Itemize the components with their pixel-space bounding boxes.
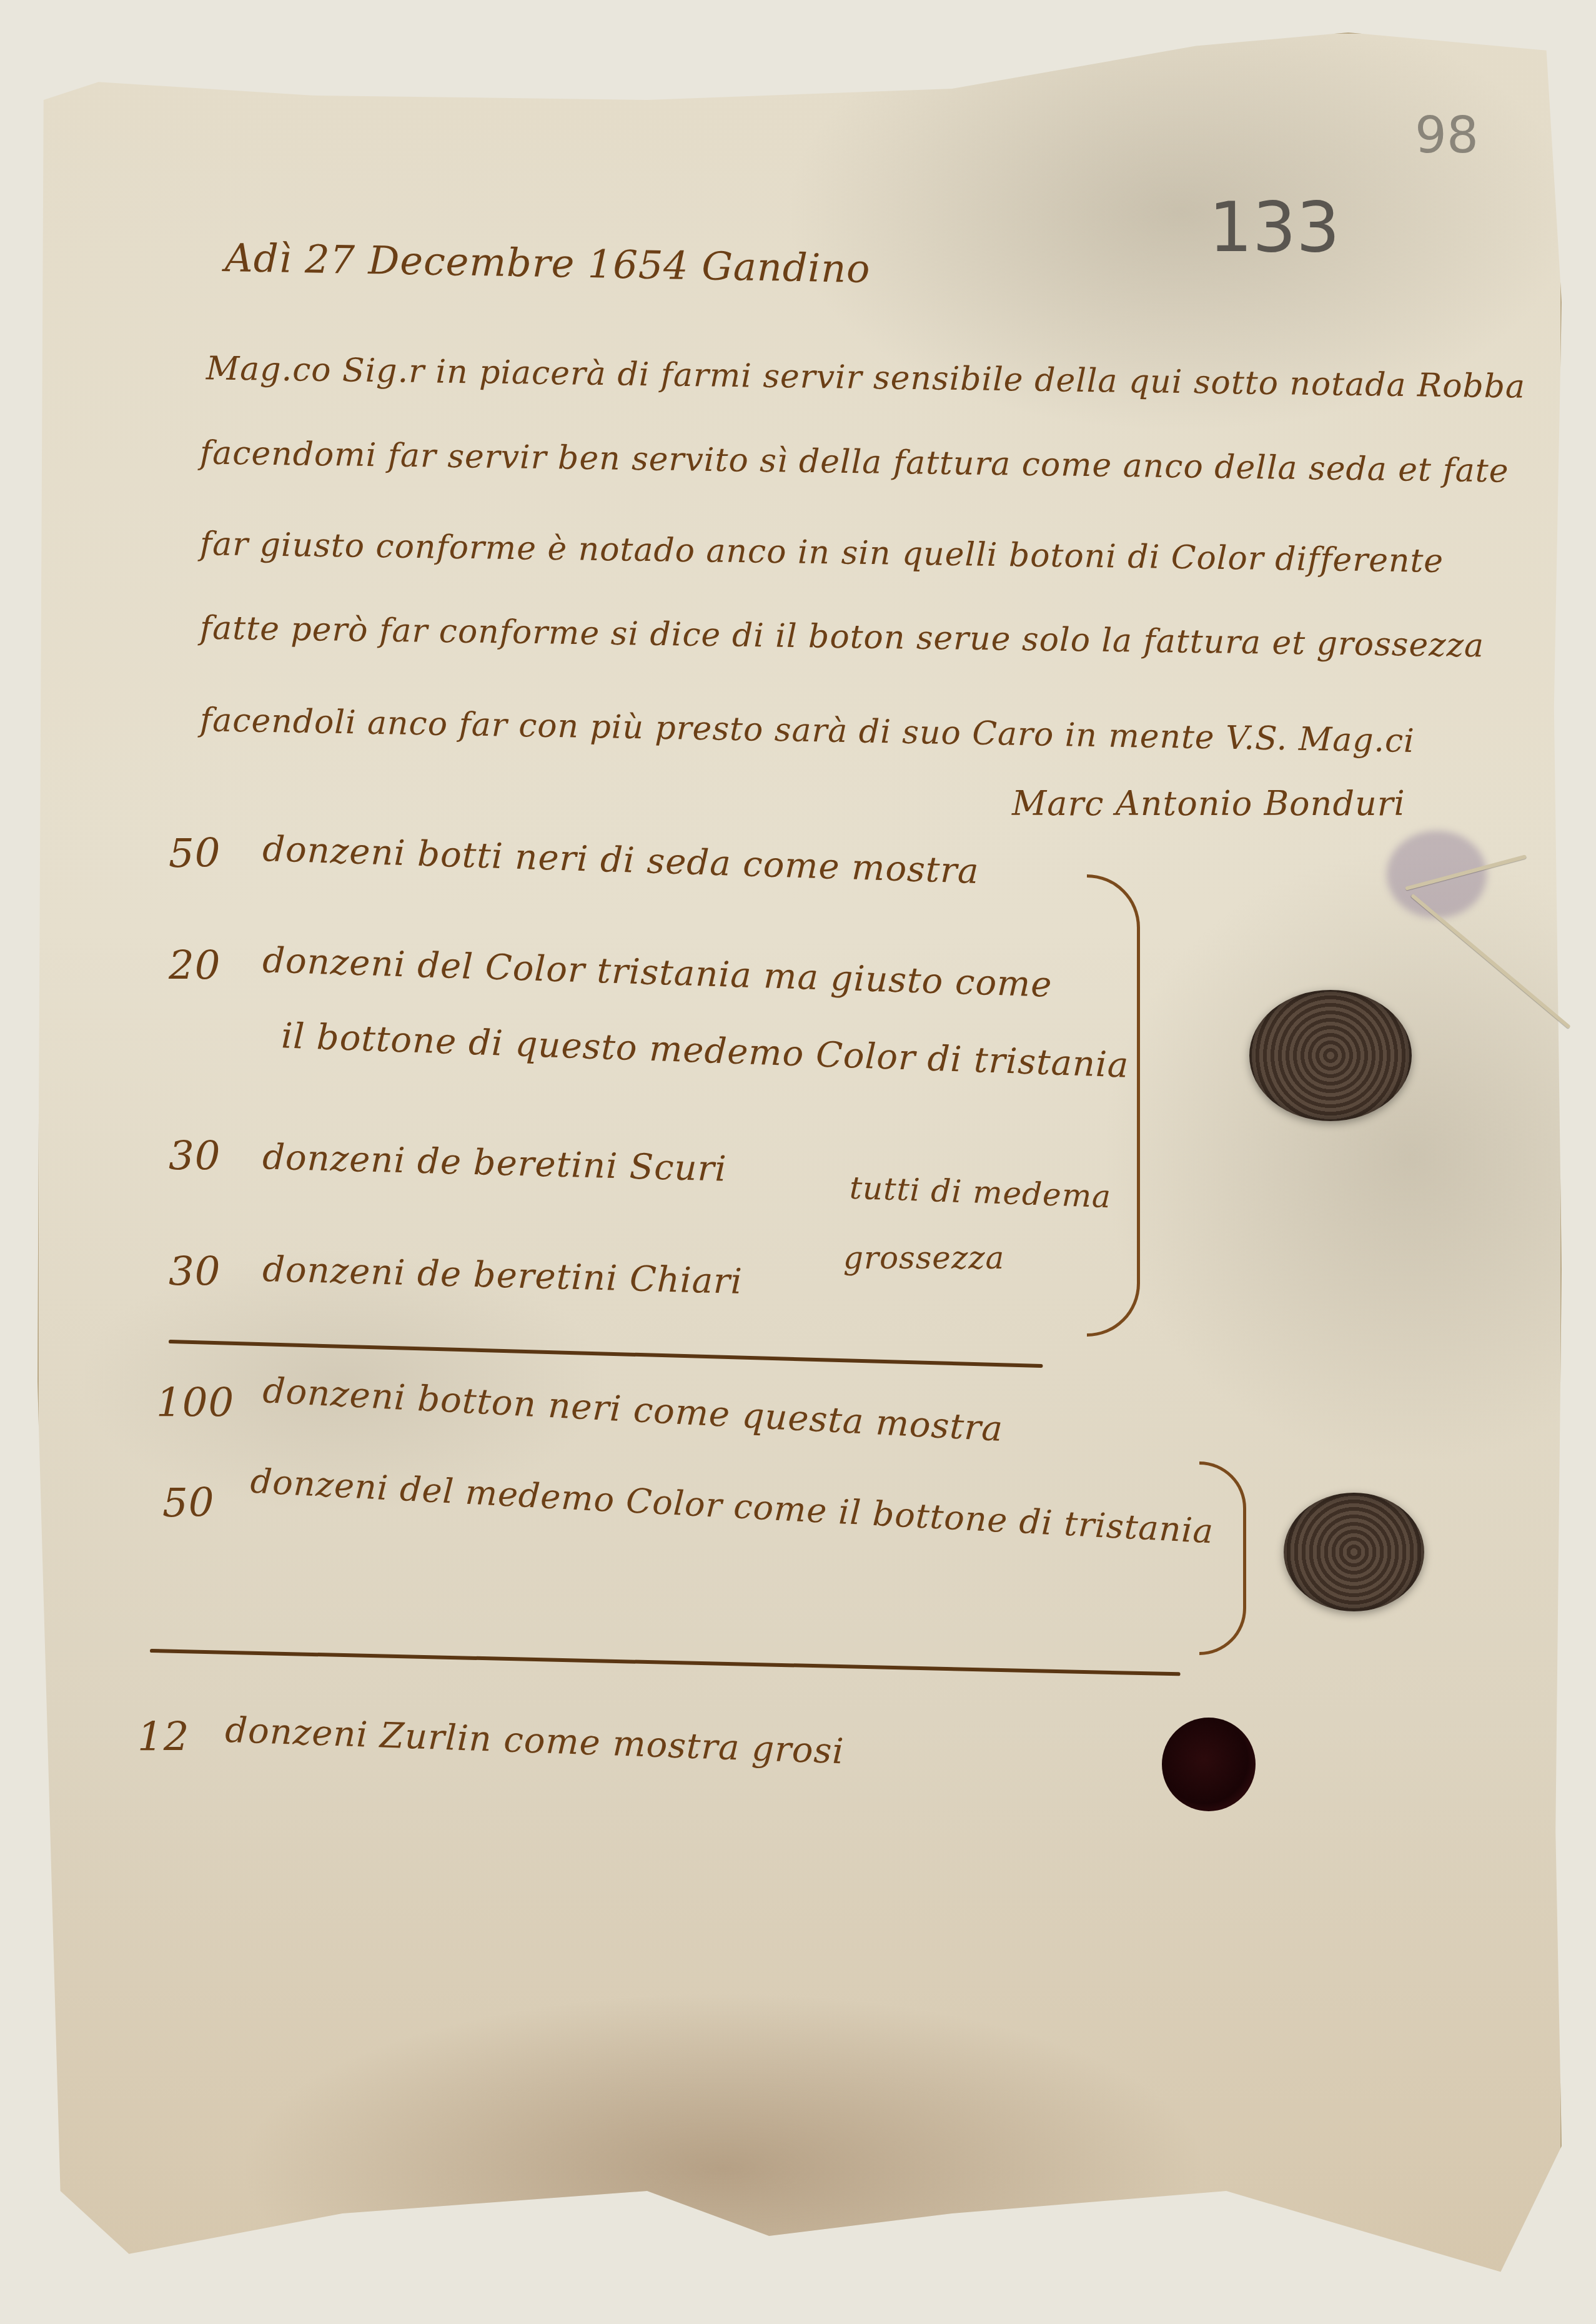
fabric-button-sample-2 [1284,1493,1424,1611]
order-qty: 12 [137,1714,189,1761]
bracket-lower [1199,1461,1246,1655]
order-qty: 30 [169,1134,221,1180]
fabric-button-sample-1 [1249,990,1412,1121]
old-folio-number: 98 [1415,106,1479,164]
signature: Marc Antonio Bonduri [1012,784,1405,823]
order-qty: 100 [156,1380,234,1427]
ink-stain [1387,831,1487,918]
folio-number: 133 [1209,187,1340,267]
order-qty: 50 [162,1480,214,1526]
wax-seal [1162,1718,1256,1811]
order-qty: 20 [169,943,221,989]
side-note-line-2: grossezza [843,1240,1004,1276]
order-qty: 50 [169,831,221,877]
order-qty: 30 [169,1249,221,1295]
bracket-upper [1087,874,1140,1337]
